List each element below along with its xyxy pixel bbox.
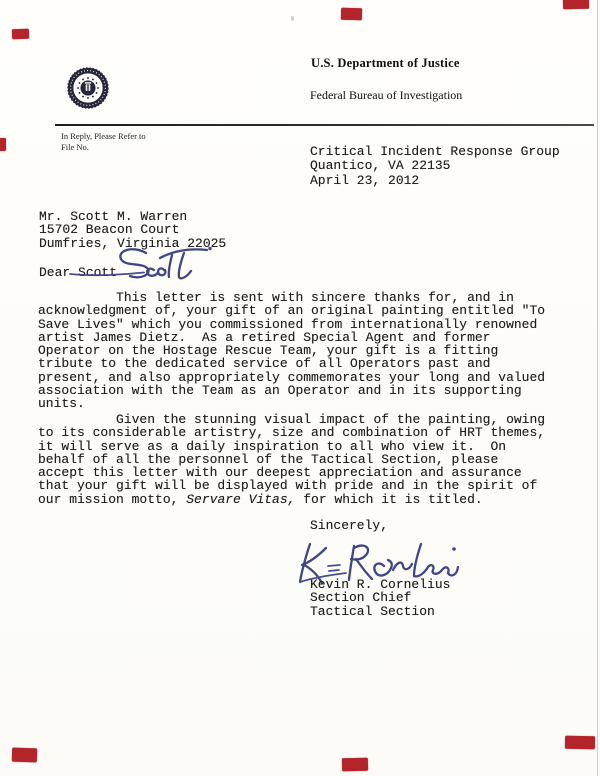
valediction: Sincerely, [310,519,388,532]
red-scan-mark [12,29,29,40]
letterhead-rule [55,124,594,126]
letter-date: April 23, 2012 [310,174,419,187]
red-scan-mark [342,758,368,772]
motto-italic: Servare Vitas, [186,492,295,507]
paragraph2-text-end: for which it is titled. [295,492,482,507]
reply-reference-note: In Reply, Please Refer to File No. [61,131,146,153]
letter-page: U.S. Department of Justice Federal Burea… [0,0,600,776]
handwritten-name-overlay [60,242,220,288]
office-address: Critical Incident Response Group Quantic… [310,145,560,172]
signer-block: Kevin R. Cornelius Section Chief Tactica… [310,578,450,618]
red-scan-mark [563,0,589,9]
scan-speck [291,16,294,21]
fbi-seal-icon [66,64,110,112]
scan-edge-line [597,0,598,776]
body-paragraph-2: Given the stunning visual impact of the … [38,413,545,506]
red-scan-mark [12,748,37,763]
red-scan-mark [565,736,595,750]
body-paragraph-1: This letter is sent with sincere thanks … [38,291,545,411]
agency-title: U.S. Department of Justice [311,56,460,71]
bureau-title: Federal Bureau of Investigation [310,88,462,103]
red-scan-mark [0,138,6,151]
red-scan-mark [341,8,362,21]
